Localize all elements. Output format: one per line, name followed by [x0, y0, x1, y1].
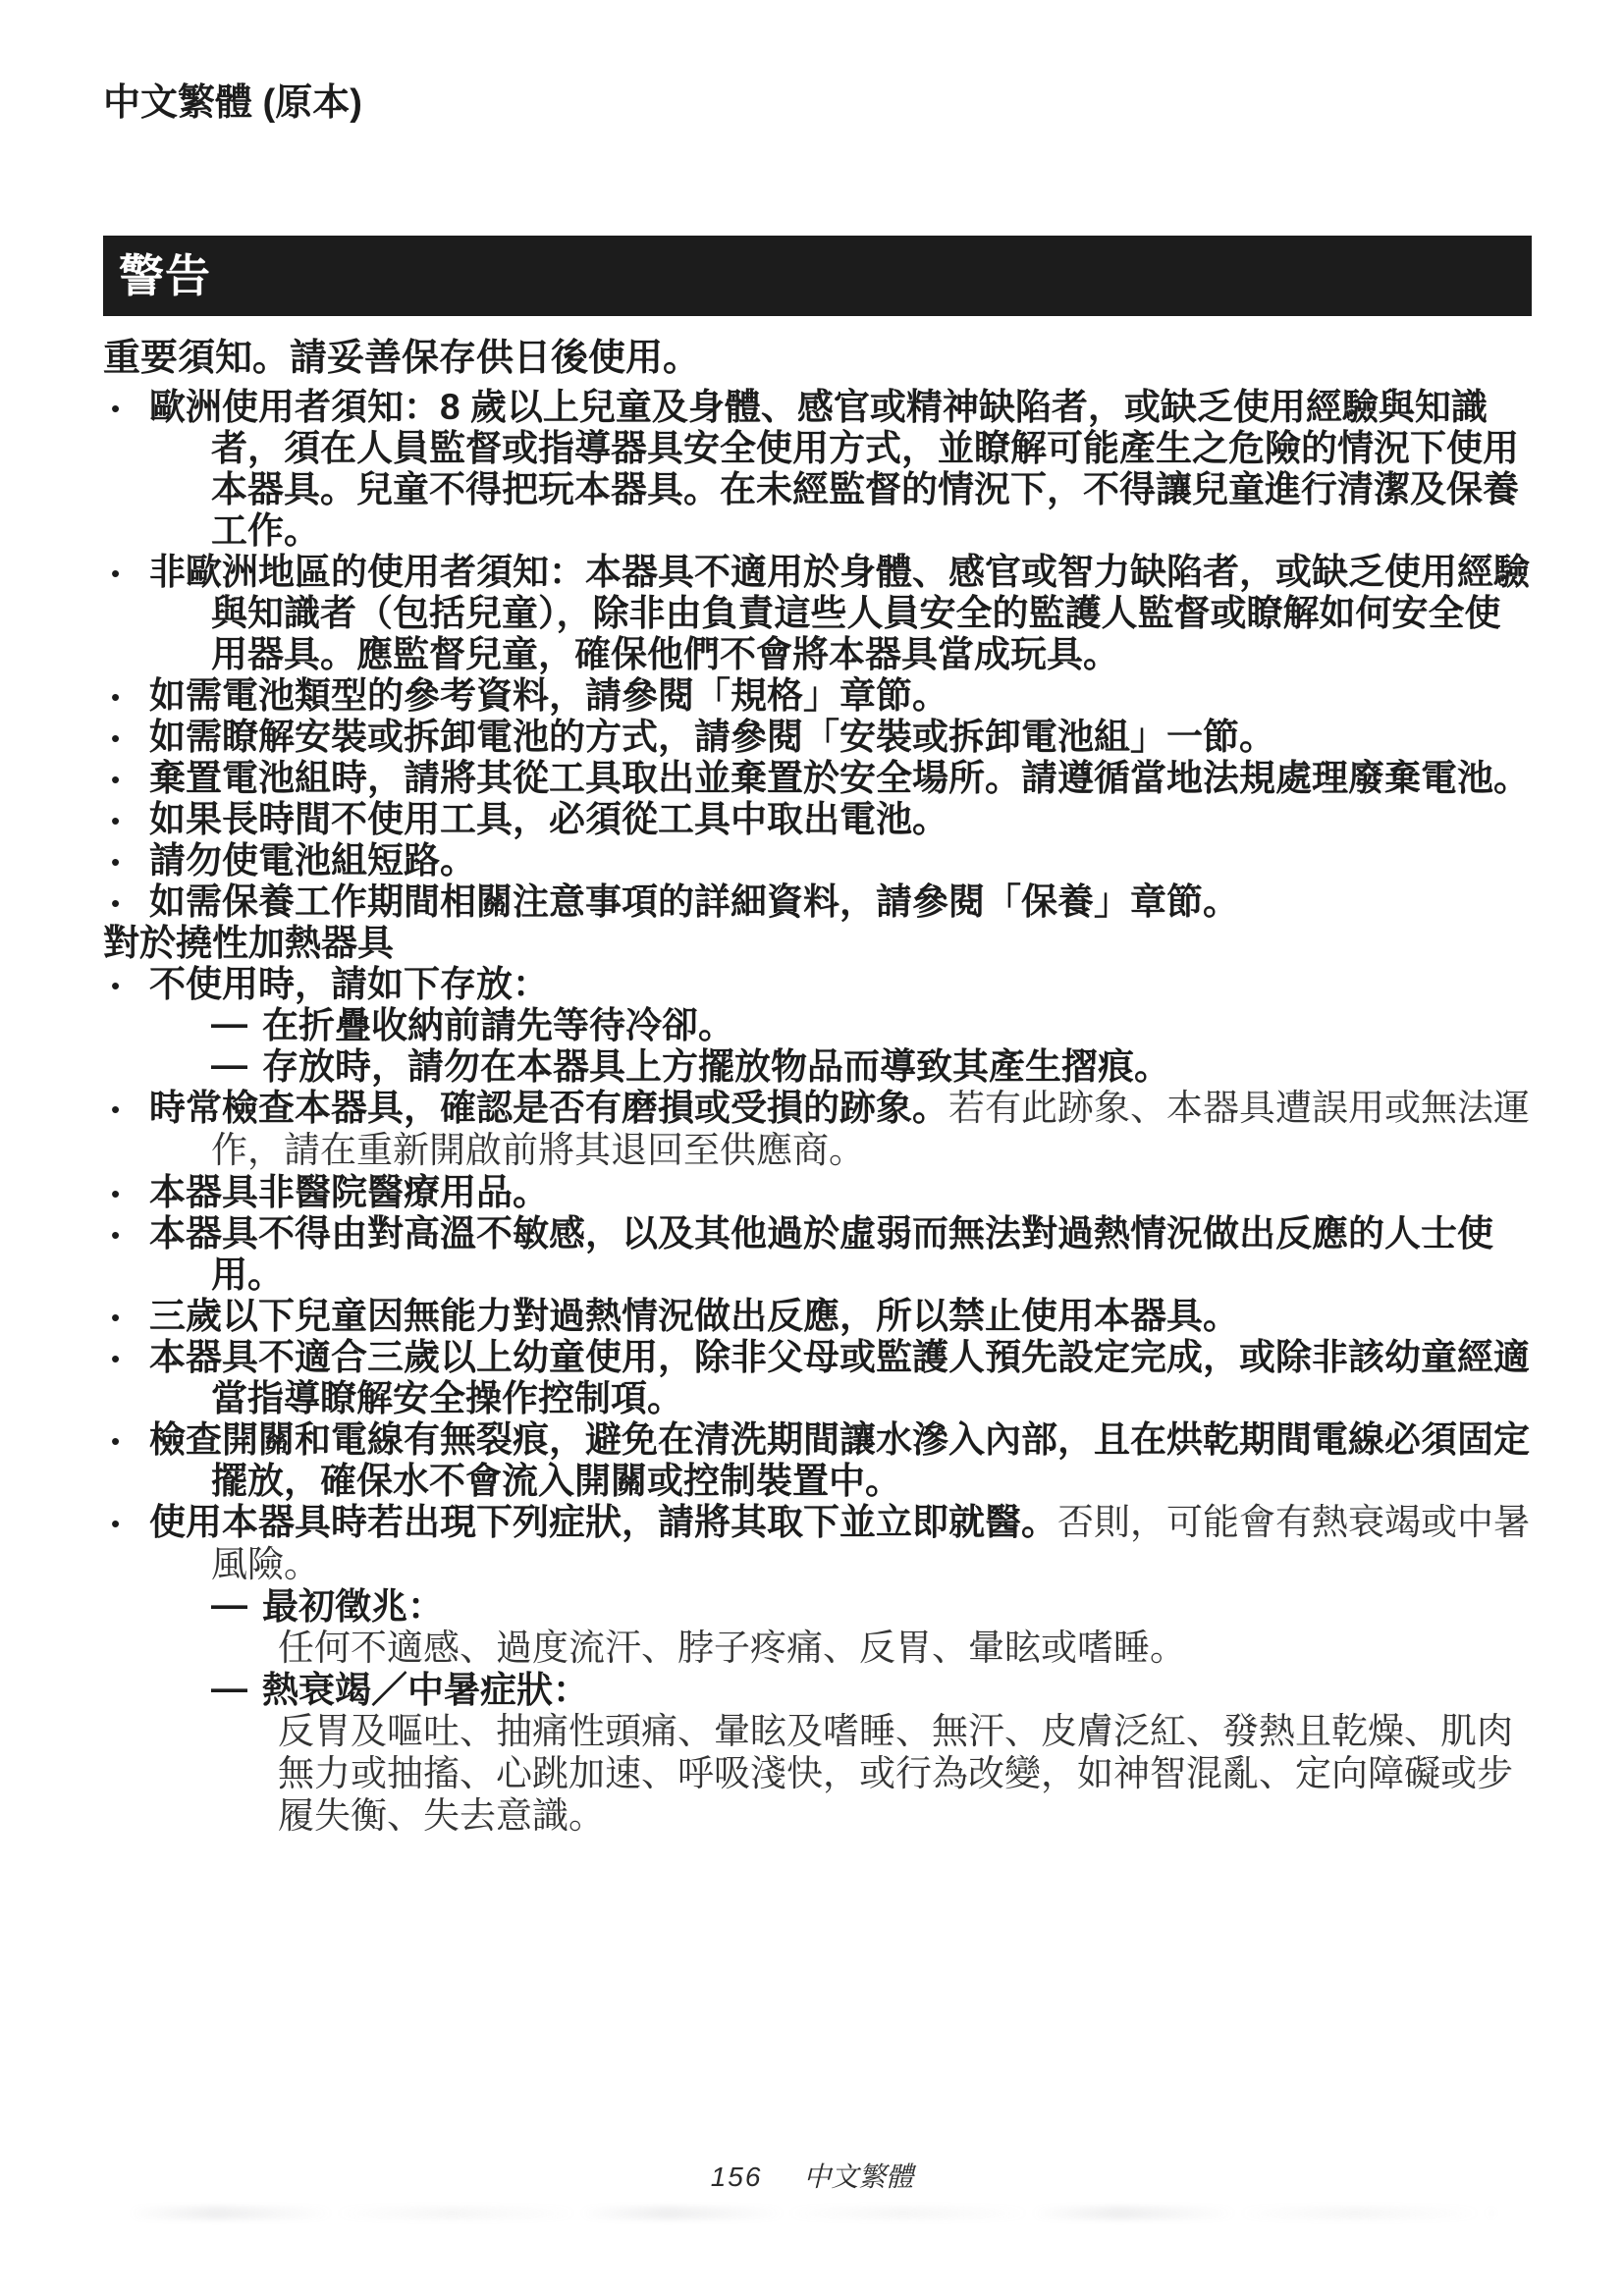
warning-item: •請勿使電池組短路。: [103, 840, 1532, 881]
warning-text-segment: 使用本器具時若出現下列症狀，請將其取下並立即就醫。: [149, 1502, 1057, 1542]
warning-text-segment: 如果長時間不使用工具，必須從工具中取出電池。: [149, 799, 948, 839]
warning-subitem: —熱衰竭／中暑症狀：: [103, 1670, 1532, 1711]
bullet-marker: •: [111, 1173, 120, 1214]
warning-item: •使用本器具時若出現下列症狀，請將其取下並立即就醫。否則，可能會有熱衰竭或中暑風…: [103, 1502, 1532, 1586]
warning-text-segment: 請勿使電池組短路。: [149, 840, 476, 881]
warning-text-segment: 非歐洲地區的使用者須知：本器具不適用於身體、感官或智力缺陷者，或缺乏使用經驗與知…: [149, 552, 1530, 674]
warning-item: •如需保養工作期間相關注意事項的詳細資料，請參閱「保養」章節。: [103, 881, 1532, 923]
warning-banner: 警告: [103, 236, 1532, 316]
language-header: 中文繁體 (原本): [103, 0, 1532, 125]
warning-text-segment: 本器具非醫院醫療用品。: [149, 1172, 549, 1212]
warning-text-segment: 對於撓性加熱器具: [103, 923, 394, 963]
warning-text-segment: 歐洲使用者須知：8 歲以上兒童及身體、感官或精神缺陷者，或缺乏使用經驗與知識者，…: [149, 387, 1519, 551]
bullet-marker: •: [111, 1297, 120, 1338]
warning-subitem: —存放時，請勿在本器具上方擺放物品而導致其產生摺痕。: [103, 1046, 1532, 1088]
warning-item: •本器具不適合三歲以上幼童使用，除非父母或監護人預先設定完成，或除非該幼童經適當…: [103, 1337, 1532, 1419]
warning-text-segment: 檢查開關和電線有無裂痕，避免在清洗期間讓水滲入內部，且在烘乾期間電線必須固定擺放…: [149, 1419, 1530, 1501]
bullet-marker: •: [111, 1214, 120, 1255]
dash-marker: —: [211, 1668, 247, 1709]
warning-item: •如需電池類型的參考資料，請參閱「規格」章節。: [103, 675, 1532, 717]
warning-text-segment: 不使用時，請如下存放：: [149, 964, 549, 1004]
warning-text-segment: 在折疊收納前請先等待冷卻。: [262, 1005, 734, 1045]
warning-item: •時常檢查本器具，確認是否有磨損或受損的跡象。若有此跡象、本器具遭誤用或無法運作…: [103, 1088, 1532, 1172]
bullet-marker: •: [111, 800, 120, 841]
symptom-description: 任何不適感、過度流汗、脖子疼痛、反胃、暈眩或嗜睡。: [103, 1628, 1532, 1670]
warning-text-segment: 存放時，請勿在本器具上方擺放物品而導致其產生摺痕。: [262, 1046, 1170, 1087]
warning-text-segment: 如需電池類型的參考資料，請參閱「規格」章節。: [149, 675, 948, 716]
bullet-marker: •: [111, 841, 120, 882]
symptom-description: 反胃及嘔吐、抽痛性頭痛、暈眩及嗜睡、無汗、皮膚泛紅、發熱且乾燥、肌肉無力或抽搐、…: [103, 1711, 1532, 1838]
bullet-marker: •: [111, 882, 120, 924]
footer-section-label: 中文繁體: [803, 2162, 913, 2192]
warning-subitem: —在折疊收納前請先等待冷卻。: [103, 1005, 1532, 1046]
warning-text-segment: 如需保養工作期間相關注意事項的詳細資料，請參閱「保養」章節。: [149, 881, 1239, 922]
dash-marker: —: [211, 1044, 247, 1086]
warning-text-segment: 如需瞭解安裝或拆卸電池的方式，請參閱「安裝或拆卸電池組」一節。: [149, 717, 1275, 757]
page-title: 重要須知。請妥善保存供日後使用。: [103, 336, 1532, 381]
bullet-marker: •: [111, 553, 120, 594]
warning-list: •歐洲使用者須知：8 歲以上兒童及身體、感官或精神缺陷者，或缺乏使用經驗與知識者…: [103, 387, 1532, 1838]
warning-item: •檢查開關和電線有無裂痕，避免在清洗期間讓水滲入內部，且在烘乾期間電線必須固定擺…: [103, 1419, 1532, 1502]
warning-item: •棄置電池組時，請將其從工具取出並棄置於安全場所。請遵循當地法規處理廢棄電池。: [103, 758, 1532, 799]
bullet-marker: •: [111, 718, 120, 759]
warning-item: •不使用時，請如下存放：: [103, 964, 1532, 1005]
warning-text-segment: 任何不適感、過度流汗、脖子疼痛、反胃、暈眩或嗜睡。: [278, 1629, 1186, 1669]
bullet-marker: •: [111, 676, 120, 718]
bullet-marker: •: [111, 1503, 120, 1544]
bullet-marker: •: [111, 1089, 120, 1130]
warning-item: •本器具非醫院醫療用品。: [103, 1172, 1532, 1213]
warning-item: •如果長時間不使用工具，必須從工具中取出電池。: [103, 799, 1532, 840]
page-content: 中文繁體 (原本) 警告 重要須知。請妥善保存供日後使用。 •歐洲使用者須知：8…: [103, 0, 1532, 1838]
warning-text-segment: 最初徵兆：: [262, 1586, 444, 1627]
bullet-marker: •: [111, 1338, 120, 1379]
warning-text-segment: 時常檢查本器具，確認是否有磨損或受損的跡象。: [149, 1088, 948, 1128]
bullet-marker: •: [111, 965, 120, 1006]
warning-item: •如需瞭解安裝或拆卸電池的方式，請參閱「安裝或拆卸電池組」一節。: [103, 717, 1532, 758]
warning-text-segment: 本器具不適合三歲以上幼童使用，除非父母或監護人預先設定完成，或除非該幼童經適當指…: [149, 1337, 1530, 1418]
warning-subitem: —最初徵兆：: [103, 1586, 1532, 1628]
section-subheading: 對於撓性加熱器具: [103, 923, 1532, 964]
scan-artifact: [128, 2207, 1496, 2219]
warning-text-segment: 本器具不得由對高溫不敏感，以及其他過於虛弱而無法對過熱情況做出反應的人士使用。: [149, 1213, 1493, 1295]
warning-text-segment: 反胃及嘔吐、抽痛性頭痛、暈眩及嗜睡、無汗、皮膚泛紅、發熱且乾燥、肌肉無力或抽搐、…: [278, 1712, 1513, 1837]
warning-item: •三歲以下兒童因無能力對過熱情況做出反應，所以禁止使用本器具。: [103, 1296, 1532, 1337]
bullet-marker: •: [111, 1420, 120, 1462]
warning-item: •歐洲使用者須知：8 歲以上兒童及身體、感官或精神缺陷者，或缺乏使用經驗與知識者…: [103, 387, 1532, 552]
warning-text-segment: 棄置電池組時，請將其從工具取出並棄置於安全場所。請遵循當地法規處理廢棄電池。: [149, 758, 1530, 798]
warning-banner-label: 警告: [103, 240, 211, 305]
bullet-marker: •: [111, 388, 120, 429]
bullet-marker: •: [111, 759, 120, 800]
warning-text-segment: 三歲以下兒童因無能力對過熱情況做出反應，所以禁止使用本器具。: [149, 1296, 1239, 1336]
dash-marker: —: [211, 1584, 247, 1626]
warning-item: •非歐洲地區的使用者須知：本器具不適用於身體、感官或智力缺陷者，或缺乏使用經驗與…: [103, 552, 1532, 675]
page-number: 156: [711, 2162, 763, 2192]
warning-item: •本器具不得由對高溫不敏感，以及其他過於虛弱而無法對過熱情況做出反應的人士使用。: [103, 1213, 1532, 1296]
page-footer: 156 中文繁體: [0, 2156, 1624, 2195]
dash-marker: —: [211, 1003, 247, 1044]
warning-text-segment: 熱衰竭／中暑症狀：: [262, 1670, 589, 1710]
manual-page: 中文繁體 (原本) 警告 重要須知。請妥善保存供日後使用。 •歐洲使用者須知：8…: [0, 0, 1624, 2296]
